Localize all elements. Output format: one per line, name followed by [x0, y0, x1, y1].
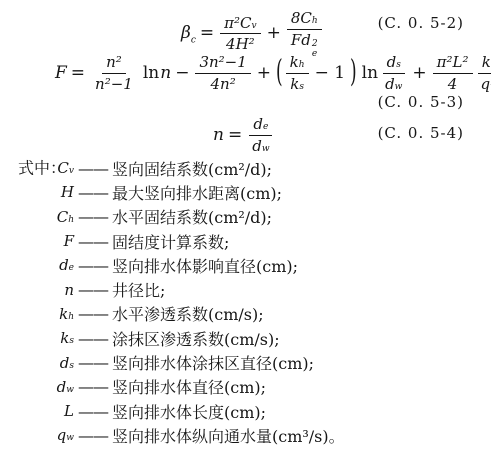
symbol-definition: 涂抹区渗透系数(cm/s); — [112, 327, 280, 350]
math-token: d — [387, 53, 397, 72]
math-token: 3n²−1 — [199, 53, 246, 72]
symbol-name: H — [18, 183, 74, 201]
symbol-row-f: F —— 固结度计算系数; — [0, 229, 491, 253]
equation-label-c-0-5-2: (C. 0. 5-2) — [378, 16, 464, 31]
math-token: k — [59, 305, 68, 323]
symbol-row-kh: kh —— 水平渗透系数(cm/s); — [0, 302, 491, 326]
minus-one: − 1 — [315, 65, 345, 82]
math-token: F — [64, 232, 74, 250]
math-token: C — [57, 208, 68, 226]
symbol-dash: —— — [78, 353, 108, 372]
math-token: q — [57, 426, 67, 444]
math-token: H — [61, 183, 74, 201]
math-token: k — [60, 329, 69, 347]
symbol-dash: —— — [78, 183, 108, 202]
symbol-definition: 竖向排水体长度(cm); — [112, 400, 266, 423]
symbol-dash: —— — [78, 280, 108, 299]
math-token: 4n² — [211, 75, 236, 94]
math-token: 4H² — [226, 35, 255, 54]
fraction: n² n²−1 — [91, 53, 137, 94]
equals-sign: = — [228, 127, 242, 144]
symbol-definition: 井径比; — [112, 278, 165, 301]
symbol-name: Ch — [18, 208, 74, 226]
fraction: kh qw — [477, 53, 491, 94]
math-token: d — [57, 378, 67, 396]
symbol-row-qw: qw —— 竖向排水体纵向通水量(cm³/s)。 — [0, 423, 491, 447]
symbol-name: kh — [18, 305, 74, 323]
formula-c-0-5-2: βc = π²Cv 4H² + 8Ch Fd2e — [181, 9, 324, 59]
symbol-row-ch: Ch —— 水平固结系数(cm²/d); — [0, 205, 491, 229]
symbol-name: ks — [18, 329, 74, 347]
math-token: π²L² — [437, 53, 469, 72]
fraction: 8Ch Fd2e — [287, 9, 322, 59]
symbol-name: ds — [18, 354, 74, 372]
symbol-definition: 水平渗透系数(cm/s); — [112, 302, 264, 325]
math-token: d — [253, 115, 263, 134]
math-token: n²−1 — [95, 75, 133, 94]
math-token: F — [55, 65, 67, 82]
symbol-name: n — [18, 281, 74, 299]
math-token: d — [252, 137, 262, 156]
plus-sign: + — [257, 65, 271, 82]
math-token: d — [385, 75, 395, 94]
math-token: Fd — [291, 31, 311, 50]
math-token: d — [59, 256, 69, 274]
symbol-row-l: L —— 竖向排水体长度(cm); — [0, 399, 491, 423]
symbol-definition: 竖向排水体涂抹区直径(cm); — [112, 351, 314, 374]
plus-sign: + — [412, 65, 426, 82]
math-token: n — [213, 127, 224, 144]
fraction: de dw — [248, 115, 273, 156]
symbol-dash: —— — [78, 207, 108, 226]
symbol-row-ds: ds —— 竖向排水体涂抹区直径(cm); — [0, 350, 491, 374]
close-paren: ) — [349, 58, 358, 89]
equals-sign: = — [71, 65, 85, 82]
math-token: d — [60, 354, 70, 372]
plus-sign: + — [267, 25, 281, 42]
symbol-row-n: n —— 井径比; — [0, 277, 491, 301]
symbol-dash: —— — [78, 256, 108, 275]
symbol-name: L — [18, 402, 74, 420]
symbol-definition: 竖向排水体纵向通水量(cm³/s)。 — [112, 424, 345, 447]
symbol-dash: —— — [78, 402, 108, 421]
symbol-row-h: H —— 最大竖向排水距离(cm); — [0, 180, 491, 204]
fraction: π²Cv 4H² — [220, 14, 260, 55]
symbol-dash: —— — [78, 426, 108, 445]
equals-sign: = — [200, 25, 214, 42]
equation-label-c-0-5-3: (C. 0. 5-3) — [378, 95, 464, 110]
document-page: βc = π²Cv 4H² + 8Ch Fd2e (C. 0. 5-2) F =… — [0, 0, 491, 461]
math-token: n — [160, 65, 171, 82]
symbol-dash: —— — [78, 304, 108, 323]
formula-c-0-5-4: n = de dw — [213, 115, 276, 156]
symbol-definition-list: 式中：Cv —— 竖向固结系数(cm²/d); H —— 最大竖向排水距离(cm… — [0, 156, 491, 448]
fraction: 3n²−1 4n² — [195, 53, 250, 94]
symbol-row-de: de —— 竖向排水体影响直径(cm); — [0, 253, 491, 277]
math-token: n² — [106, 53, 122, 72]
symbol-name: de — [18, 256, 74, 274]
math-token: β — [181, 23, 191, 43]
math-token: π²C — [224, 14, 251, 33]
fraction: kh ks — [286, 53, 309, 94]
list-intro: 式中： — [18, 156, 66, 179]
math-token: n — [64, 281, 74, 299]
symbol-row-ks: ks —— 涂抹区渗透系数(cm/s); — [0, 326, 491, 350]
symbol-dash: —— — [78, 377, 108, 396]
symbol-name: 式中：Cv — [18, 159, 74, 177]
symbol-row-cv: 式中：Cv —— 竖向固结系数(cm²/d); — [0, 156, 491, 180]
symbol-dash: —— — [78, 232, 108, 251]
open-paren: ( — [275, 58, 284, 89]
math-token: 8C — [291, 9, 312, 28]
symbol-dash: —— — [78, 329, 108, 348]
symbol-name: qw — [18, 426, 74, 444]
symbol-definition: 竖向固结系数(cm²/d); — [112, 157, 272, 180]
symbol-dash: —— — [78, 159, 108, 178]
math-token: q — [481, 75, 491, 94]
math-token: k — [290, 53, 299, 72]
fraction: π²L² 4 — [433, 53, 473, 94]
symbol-definition: 竖向排水体影响直径(cm); — [112, 254, 298, 277]
math-token: 4 — [448, 75, 458, 94]
symbol-row-dw: dw —— 竖向排水体直径(cm); — [0, 375, 491, 399]
symbol-definition: 固结度计算系数; — [112, 230, 229, 253]
math-token: k — [290, 75, 299, 94]
symbol-definition: 竖向排水体直径(cm); — [112, 375, 266, 398]
symbol-definition: 水平固结系数(cm²/d); — [112, 205, 272, 228]
math-token: L — [64, 402, 74, 420]
ln-operator: ln — [362, 65, 378, 82]
minus-sign: − — [175, 65, 189, 82]
equation-label-c-0-5-4: (C. 0. 5-4) — [378, 126, 464, 141]
ln-operator: ln — [143, 65, 159, 82]
beta-symbol: βc — [181, 25, 196, 42]
fraction: ds dw — [381, 53, 406, 94]
symbol-name: dw — [18, 378, 74, 396]
math-token: k — [482, 53, 491, 72]
symbol-definition: 最大竖向排水距离(cm); — [112, 181, 282, 204]
formula-c-0-5-3: F = n² n²−1 ln n − 3n²−1 4n² + ( kh ks −… — [55, 53, 491, 94]
symbol-name: F — [18, 232, 74, 250]
math-subscript: c — [191, 36, 196, 46]
